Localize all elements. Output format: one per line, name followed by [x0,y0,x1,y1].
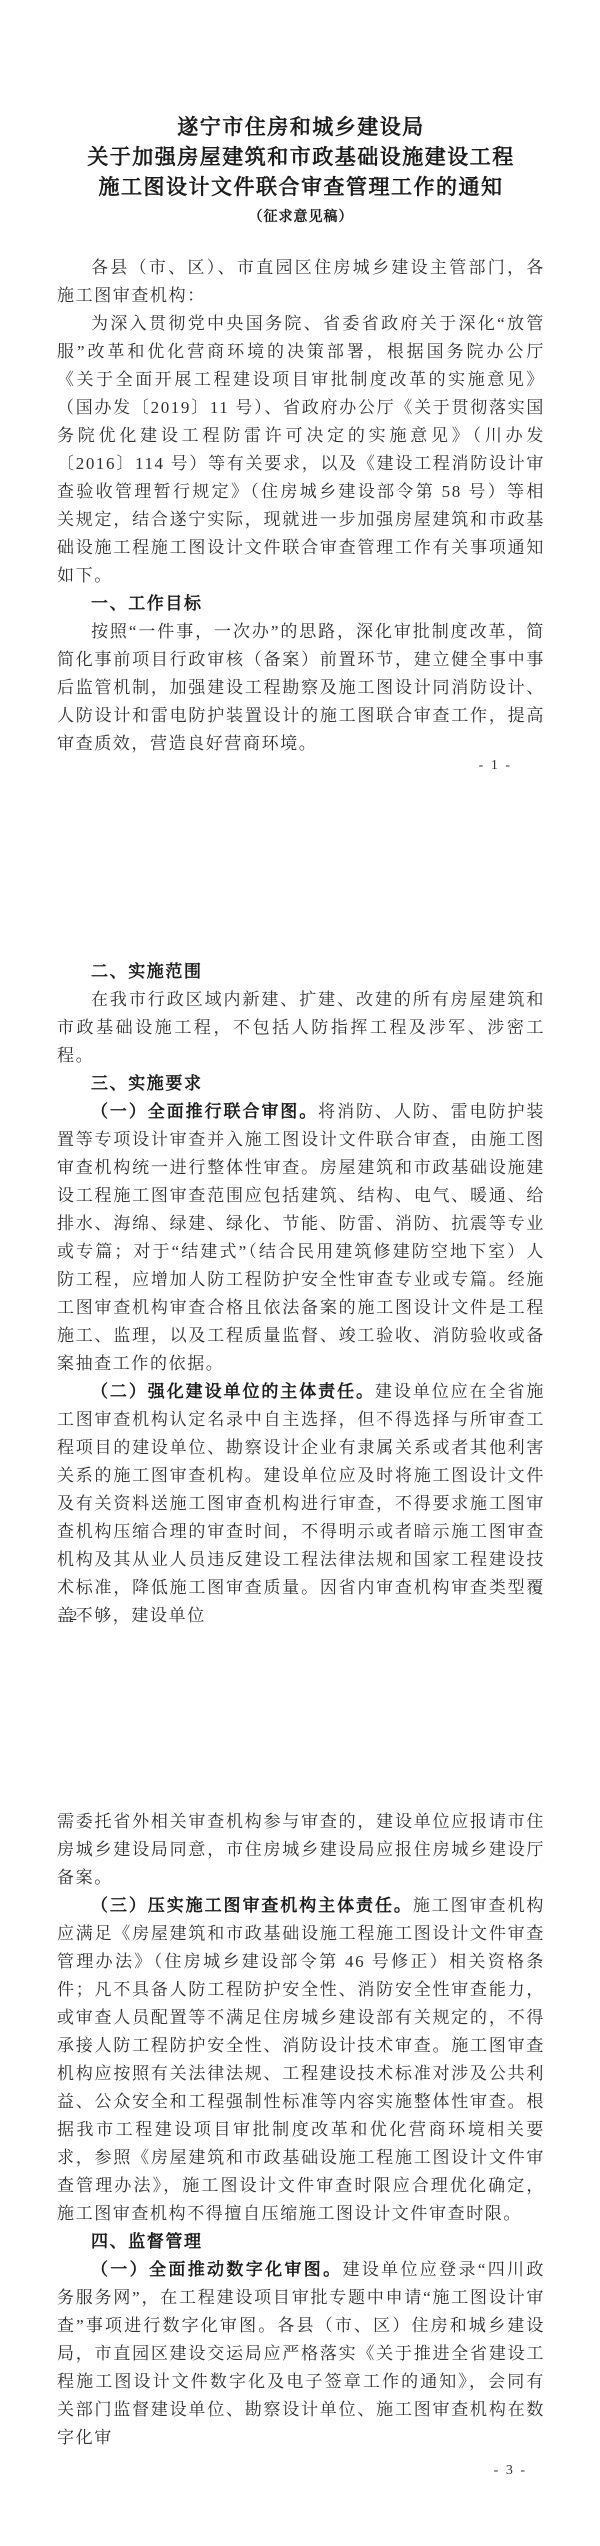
doc-title-line-3: 施工图设计文件联合审查管理工作的通知 [57,172,545,202]
page-3: 需委托省外相关审查机构参与审查的，建设单位应报请市住房城乡建设局同意，市住房城乡… [0,1649,600,2546]
page-1: 遂宁市住房和城乡建设局 关于加强房屋建筑和市政基础设施建设工程 施工图设计文件联… [0,0,600,849]
intro-paragraph: 为深入贯彻党中央国务院、省委省政府关于深化“放管服”改革和优化营商环境的决策部署… [57,310,545,590]
section-heading-4: 四、监督管理 [57,2228,545,2256]
doc-header: 遂宁市住房和城乡建设局 关于加强房屋建筑和市政基础设施建设工程 施工图设计文件联… [57,112,545,230]
item-2-text: 建设单位应在全省施工图审查机构认定名录中自主选择，但不得选择与所审查工程项目的建… [57,1382,545,1625]
section-heading-3: 三、实施要求 [57,1070,545,1098]
item-2-lead: （二）强化建设单位的主体责任。 [91,1382,375,1401]
item-1-text: 将消防、人防、雷电防护装置等专项设计审查并入施工图设计文件联合审查，由施工图审查… [57,1102,545,1373]
doc-title-line-2: 关于加强房屋建筑和市政基础设施建设工程 [57,142,545,172]
page-2: 二、实施范围 在我市行政区域内新建、扩建、改建的所有房屋建筑和市政基础设施工程，… [0,849,600,1649]
page-number-1: - 1 - [479,756,512,776]
item-4-text: 建设单位应登录“四川政务服务网”，在工程建设项目审批专题中申请“施工图设计审查”… [57,2260,545,2447]
item-1-paragraph: （一）全面推行联合审图。将消防、人防、雷电防护装置等专项设计审查并入施工图设计文… [57,1098,545,1378]
section-heading-1: 一、工作目标 [57,590,545,618]
item-2-paragraph: （二）强化建设单位的主体责任。建设单位应在全省施工图审查机构认定名录中自主选择，… [57,1378,545,1630]
continued-paragraph: 需委托省外相关审查机构参与审查的，建设单位应报请市住房城乡建设局同意，市住房城乡… [57,1808,545,1892]
item-3-text: 施工图审查机构应满足《房屋建筑和市政基础设施工程施工图设计文件审查管理办法》（住… [57,1896,545,2223]
item-4-paragraph: （一）全面推动数字化审图。建设单位应登录“四川政务服务网”，在工程建设项目审批专… [57,2256,545,2452]
scope-paragraph: 在我市行政区域内新建、扩建、改建的所有房屋建筑和市政基础设施工程，不包括人防指挥… [57,986,545,1070]
item-3-lead: （三）压实施工图审查机构主体责任。 [91,1896,413,1915]
salutation: 各县（市、区）、市直园区住房城乡建设主管部门，各施工图审查机构： [57,254,545,310]
item-3-paragraph: （三）压实施工图审查机构主体责任。施工图审查机构应满足《房屋建筑和市政基础设施工… [57,1892,545,2228]
goal-paragraph: 按照“一件事，一次办”的思路，深化审批制度改革，简简化事前项目行政审核（备案）前… [57,618,545,758]
document-canvas: 遂宁市住房和城乡建设局 关于加强房屋建筑和市政基础设施建设工程 施工图设计文件联… [0,0,600,2546]
page-number-3: - 3 - [494,2461,527,2481]
item-4-lead: （一）全面推动数字化审图。 [91,2260,342,2279]
item-1-lead: （一）全面推行联合审图。 [91,1102,318,1121]
page-number-2: - 2 - [58,1607,91,1627]
section-heading-2: 二、实施范围 [57,958,545,986]
doc-subtitle: （征求意见稿） [57,206,545,230]
doc-title-line-1: 遂宁市住房和城乡建设局 [57,112,545,142]
